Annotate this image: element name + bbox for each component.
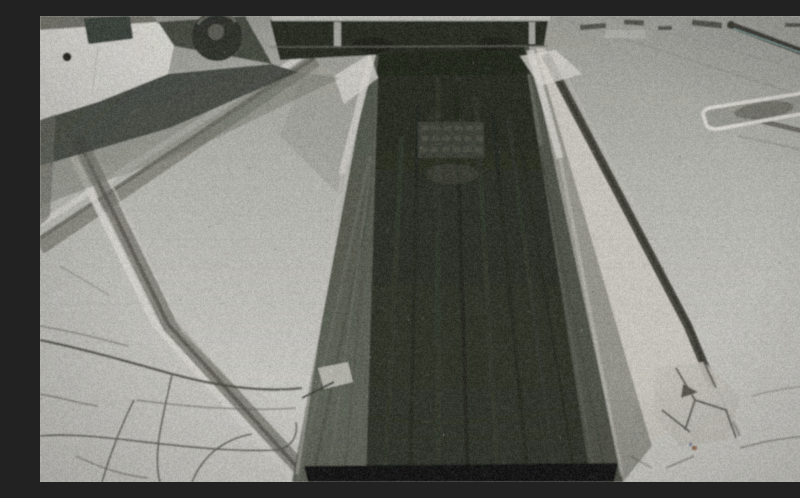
vignette [40,16,800,482]
photo-scene [40,16,800,482]
depot-pit-photograph [40,16,800,482]
